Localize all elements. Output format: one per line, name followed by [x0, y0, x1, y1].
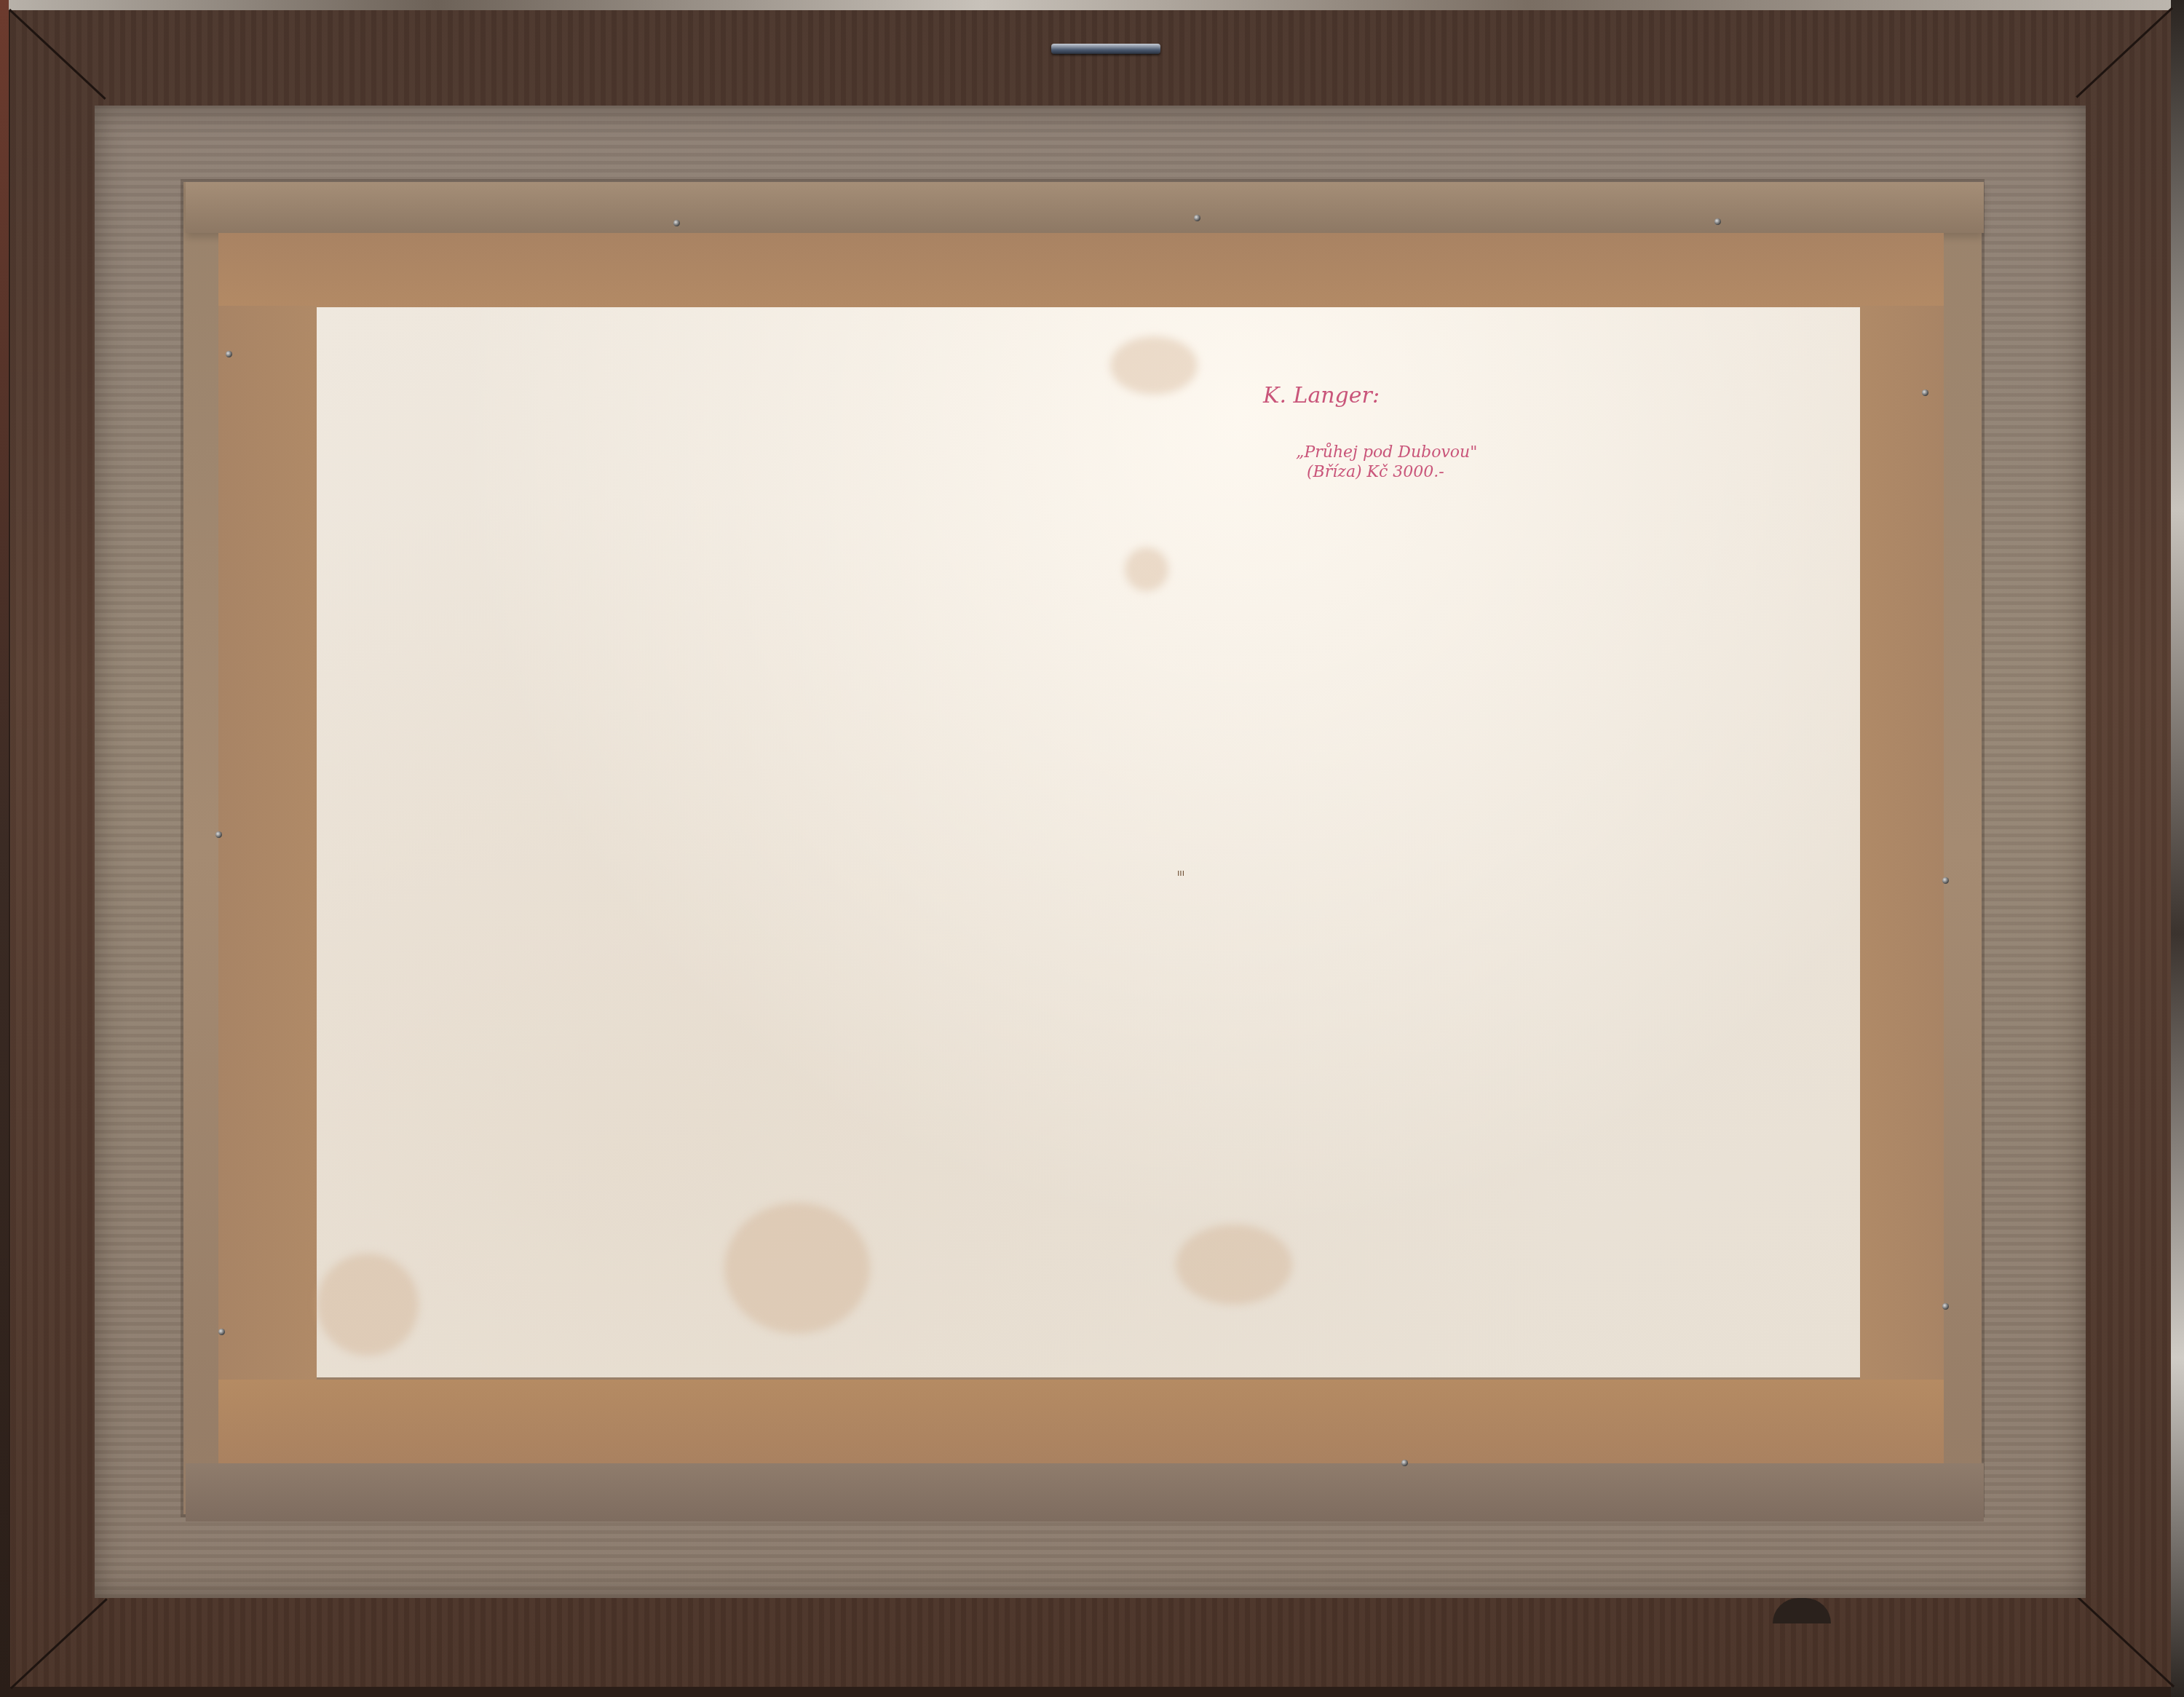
- frame-left-edge: [0, 0, 9, 1697]
- small-mark: ııı: [1177, 868, 1184, 878]
- stain: [1176, 1225, 1292, 1305]
- tack-icon: [218, 1329, 225, 1335]
- paper-backing: [317, 307, 1860, 1377]
- tack-icon: [1922, 389, 1928, 396]
- tack-icon: [1942, 877, 1949, 884]
- frame-right-edge: [2171, 0, 2184, 1697]
- stain: [1110, 336, 1198, 395]
- inscription-title: „Průhej pod Dubovou": [1296, 443, 1477, 463]
- stain: [724, 1203, 870, 1334]
- tan-tape-top: [218, 233, 1944, 309]
- tack-icon: [1194, 215, 1200, 221]
- tack-icon: [1714, 218, 1721, 225]
- folded-tape-bottom: [186, 1463, 1984, 1522]
- stain: [1125, 547, 1168, 591]
- tack-icon: [226, 351, 232, 357]
- framed-artwork-back: K. Langer: „Průhej pod Dubovou" (Bříza) …: [0, 0, 2184, 1697]
- tan-tape-left: [218, 306, 317, 1383]
- tan-tape-bottom: [218, 1380, 1944, 1467]
- metal-hanger-icon: [1051, 44, 1160, 54]
- folded-tape-top: [186, 182, 1984, 233]
- tan-tape-right: [1860, 306, 1944, 1383]
- inscription-artist: K. Langer:: [1263, 382, 1477, 410]
- tack-icon: [1942, 1303, 1949, 1310]
- inscription-price: (Bříza) Kč 3000.-: [1307, 462, 1477, 483]
- tack-icon: [1401, 1460, 1408, 1466]
- frame-top-edge: [0, 0, 2184, 10]
- tack-icon: [215, 831, 222, 838]
- stain: [317, 1254, 419, 1356]
- tack-icon: [673, 220, 680, 226]
- handwritten-inscription: K. Langer: „Průhej pod Dubovou" (Bříza) …: [1263, 382, 1477, 483]
